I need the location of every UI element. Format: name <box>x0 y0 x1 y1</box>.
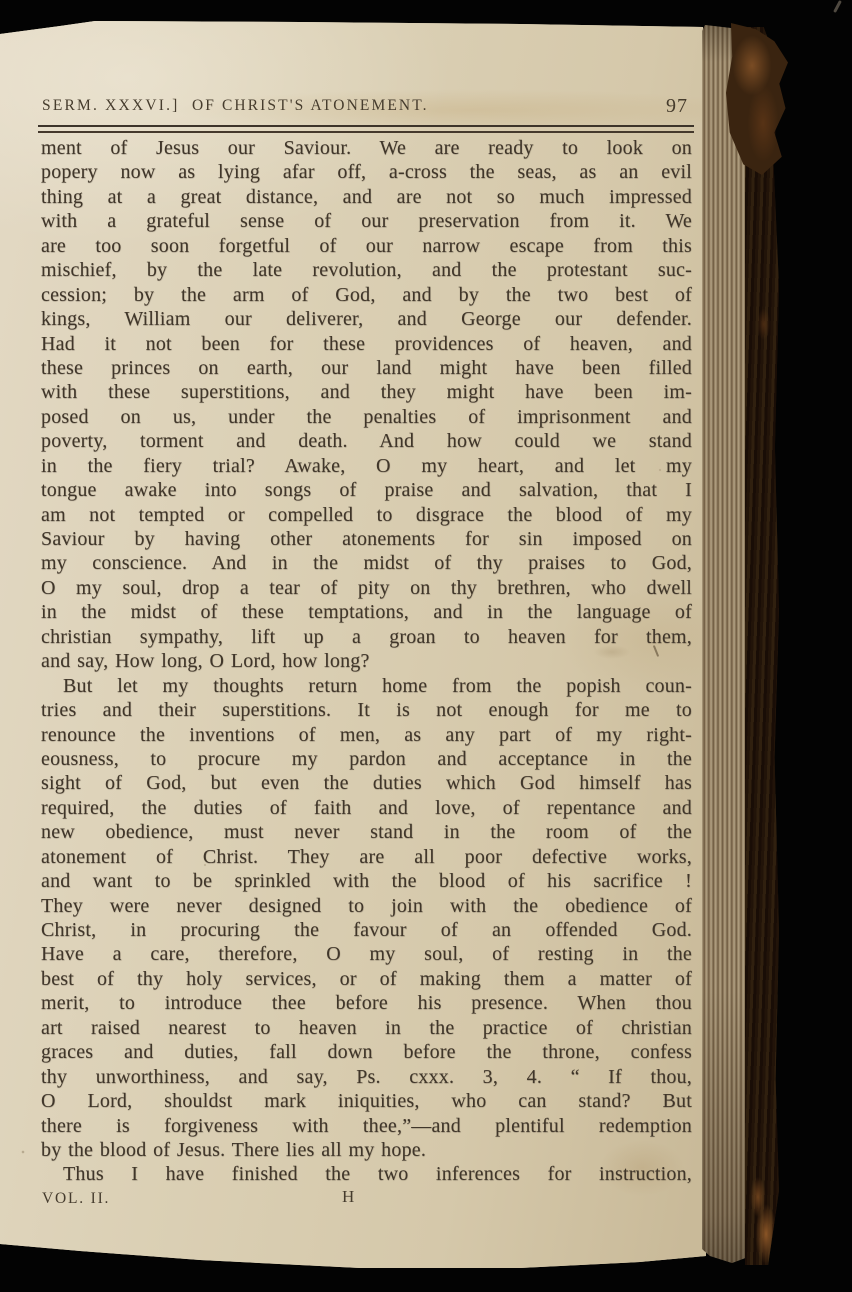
text-line: But let my thoughts return home from the… <box>41 674 692 698</box>
text-line: and say, How long, O Lord, how long? <box>41 649 692 673</box>
text-line: am not tempted or compelled to disgrace … <box>41 503 692 527</box>
text-line: cession; by the arm of God, and by the t… <box>41 283 692 307</box>
text-line: O my soul, drop a tear of pity on thy br… <box>41 576 692 600</box>
text-line: popery now as lying afar off, a-cross th… <box>41 160 692 184</box>
text-line: my conscience. And in the midst of thy p… <box>41 551 692 575</box>
text-line: O Lord, shouldst mark iniquities, who ca… <box>41 1089 692 1113</box>
text-line: renounce the inventions of men, as any p… <box>41 723 692 747</box>
text-line: Christ, in procuring the favour of an of… <box>41 918 692 942</box>
text-line: with a grateful sense of our preservatio… <box>41 209 692 233</box>
text-line: Saviour by having other atonements for s… <box>41 527 692 551</box>
header-double-rule-top <box>38 125 694 127</box>
text-line: Had it not been for these providences of… <box>41 332 692 356</box>
text-line: merit, to introduce thee before his pres… <box>41 991 692 1015</box>
text-line: poverty, torment and death. And how coul… <box>41 429 692 453</box>
header-double-rule-bottom <box>38 131 694 133</box>
book-page: SERM. XXXVI.] OF CHRIST'S ATONEMENT. 97 … <box>0 0 712 1292</box>
text-line: best of thy holy services, or of making … <box>41 967 692 991</box>
text-line: mischief, by the late revolution, and th… <box>41 258 692 282</box>
text-line: in the fiery trial? Awake, O my heart, a… <box>41 454 692 478</box>
page-footer: VOL. II. H <box>42 1187 693 1213</box>
header-page-number: 97 <box>666 95 688 118</box>
running-head: SERM. XXXVI.] OF CHRIST'S ATONEMENT. 97 <box>42 95 692 119</box>
text-line: by the blood of Jesus. There lies all my… <box>41 1138 692 1162</box>
text-line: these princes on earth, our land might h… <box>41 356 692 380</box>
text-line: posed on us, under the penalties of impr… <box>41 405 692 429</box>
book-fore-edge-pages <box>702 25 748 1263</box>
text-line: are too soon forgetful of our narrow esc… <box>41 234 692 258</box>
text-line: christian sympathy, lift up a groan to h… <box>41 625 692 649</box>
text-line: sight of God, but even the duties which … <box>41 771 692 795</box>
book-photo: SERM. XXXVI.] OF CHRIST'S ATONEMENT. 97 … <box>0 0 852 1292</box>
text-line: atonement of Christ. They are all poor d… <box>41 845 692 869</box>
text-line: ment of Jesus our Saviour. We are ready … <box>41 136 692 160</box>
text-line: thy unworthiness, and say, Ps. cxxx. 3, … <box>41 1065 692 1089</box>
text-line: They were never designed to join with th… <box>41 894 692 918</box>
text-line: with these superstitions, and they might… <box>41 380 692 404</box>
footer-volume-label: VOL. II. <box>42 1190 110 1208</box>
text-line: tongue awake into songs of praise and sa… <box>41 478 692 502</box>
text-line: new obedience, must never stand in the r… <box>41 820 692 844</box>
text-line: there is forgiveness with thee,”—and ple… <box>41 1114 692 1138</box>
scratch-mark <box>833 0 842 13</box>
text-line: Have a care, therefore, O my soul, of re… <box>41 942 692 966</box>
header-running-title: OF CHRIST'S ATONEMENT. <box>192 97 429 115</box>
text-line: eousness, to procure my pardon and accep… <box>41 747 692 771</box>
sermon-text: ment of Jesus our Saviour. We are ready … <box>41 136 692 1187</box>
text-line: in the midst of these temptations, and i… <box>41 600 692 624</box>
text-line: art raised nearest to heaven in the prac… <box>41 1016 692 1040</box>
text-line: graces and duties, fall down before the … <box>41 1040 692 1064</box>
book-cover-edge <box>745 27 779 1265</box>
text-line: Thus I have finished the two inferences … <box>41 1162 692 1186</box>
text-line: tries and their superstitions. It is not… <box>41 698 692 722</box>
text-line: thing at a great distance, and are not s… <box>41 185 692 209</box>
text-line: and want to be sprinkled with the blood … <box>41 869 692 893</box>
signature-mark: H <box>342 1187 355 1207</box>
text-line: kings, William our deliverer, and George… <box>41 307 692 331</box>
header-section-label: SERM. XXXVI.] <box>42 97 180 115</box>
text-line: required, the duties of faith and love, … <box>41 796 692 820</box>
